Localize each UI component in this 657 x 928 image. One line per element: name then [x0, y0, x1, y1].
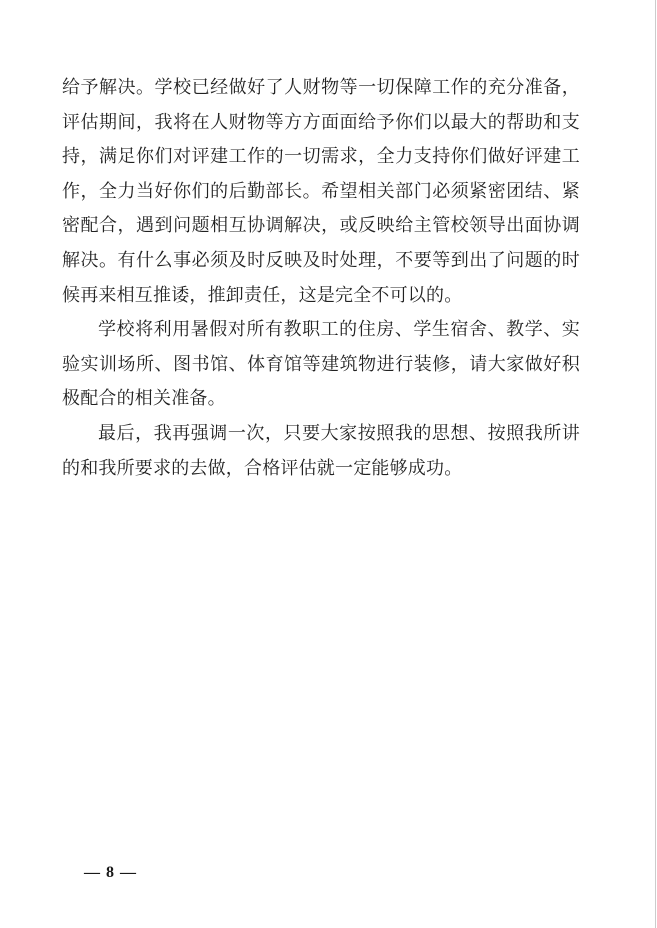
text-line: 的和我所要求的去做，合格评估就一定能够成功。	[62, 451, 580, 486]
text-line: 解决。有什么事必须及时反映及时处理，不要等到出了问题的时	[62, 243, 580, 278]
document-body: 给予解决。学校已经做好了人财物等一切保障工作的充分准备， 评估期间，我将在人财物…	[62, 70, 580, 485]
text-line: 极配合的相关准备。	[62, 381, 580, 416]
scan-edge-line	[655, 0, 656, 928]
text-line: 评估期间，我将在人财物等方方面面给予你们以最大的帮助和支	[62, 105, 580, 140]
text-line: 候再来相互推诿，推卸责任，这是完全不可以的。	[62, 278, 580, 313]
text-line: 验实训场所、图书馆、体育馆等建筑物进行装修，请大家做好积	[62, 347, 580, 382]
page-number: — 8 —	[84, 864, 137, 882]
text-line: 给予解决。学校已经做好了人财物等一切保障工作的充分准备，	[62, 70, 580, 105]
text-line: 密配合，遇到问题相互协调解决，或反映给主管校领导出面协调	[62, 208, 580, 243]
text-line: 作，全力当好你们的后勤部长。希望相关部门必须紧密团结、紧	[62, 174, 580, 209]
text-line: 学校将利用暑假对所有教职工的住房、学生宿舍、教学、实	[62, 312, 580, 347]
text-line: 最后，我再强调一次，只要大家按照我的思想、按照我所讲	[62, 416, 580, 451]
text-line: 持，满足你们对评建工作的一切需求，全力支持你们做好评建工	[62, 139, 580, 174]
document-page: 给予解决。学校已经做好了人财物等一切保障工作的充分准备， 评估期间，我将在人财物…	[0, 0, 657, 928]
